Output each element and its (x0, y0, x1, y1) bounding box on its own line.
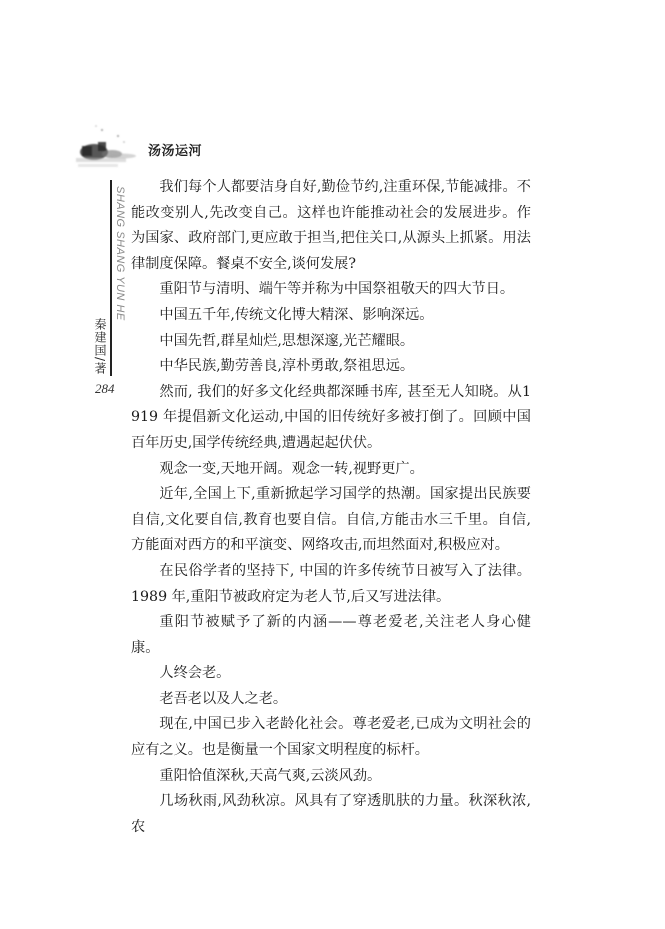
paragraph: 现在,中国已步入老龄化社会。尊老爱老,已成为文明社会的应有之义。也是衡量一个国家… (131, 712, 531, 763)
paragraph: 中国五千年,传统文化博大精深、影响深远。 (131, 303, 531, 329)
paragraph: 重阳节与清明、端午等并称为中国祭祖敬天的四大节日。 (131, 277, 531, 303)
ink-landscape-icon (72, 122, 142, 172)
paragraph: 然而, 我们的好多文化经典都深睡书库, 甚至无人知晓。从1919 年提倡新文化运… (131, 380, 531, 457)
paragraph: 重阳节被赋予了新的内涵——尊老爱老,关注老人身心健康。 (131, 610, 531, 661)
author-credit: 秦建国/著 (92, 318, 109, 375)
body-text: 我们每个人都要洁身自好,勤俭节约,注重环保,节能减排。不能改变别人,先改变自己。… (131, 175, 531, 840)
paragraph: 人终会老。 (131, 661, 531, 687)
series-title-en: SHANG SHANG YUN HE (114, 186, 126, 321)
paragraph: 观念一变,天地开阔。观念一转,视野更广。 (131, 457, 531, 483)
vertical-rule (110, 180, 112, 376)
paragraph: 中华民族,勤劳善良,淳朴勇敢,祭祖思远。 (131, 354, 531, 380)
running-header: 汤汤运河 (72, 122, 272, 172)
paragraph: 中国先哲,群星灿烂,思想深邃,光芒耀眼。 (131, 329, 531, 355)
book-title: 汤汤运河 (148, 140, 202, 159)
paragraph: 近年,全国上下,重新掀起学习国学的热潮。国家提出民族要自信,文化要自信,教育也要… (131, 482, 531, 559)
page-number: 284 (95, 381, 115, 397)
paragraph: 我们每个人都要洁身自好,勤俭节约,注重环保,节能减排。不能改变别人,先改变自己。… (131, 175, 531, 277)
paragraph: 几场秋雨,风劲秋凉。风具有了穿透肌肤的力量。秋深秋浓,农 (131, 789, 531, 840)
paragraph: 在民俗学者的坚持下, 中国的许多传统节日被写入了法律。1989 年,重阳节被政府… (131, 559, 531, 610)
paragraph: 重阳恰值深秋,天高气爽,云淡风劲。 (131, 764, 531, 790)
paragraph: 老吾老以及人之老。 (131, 687, 531, 713)
